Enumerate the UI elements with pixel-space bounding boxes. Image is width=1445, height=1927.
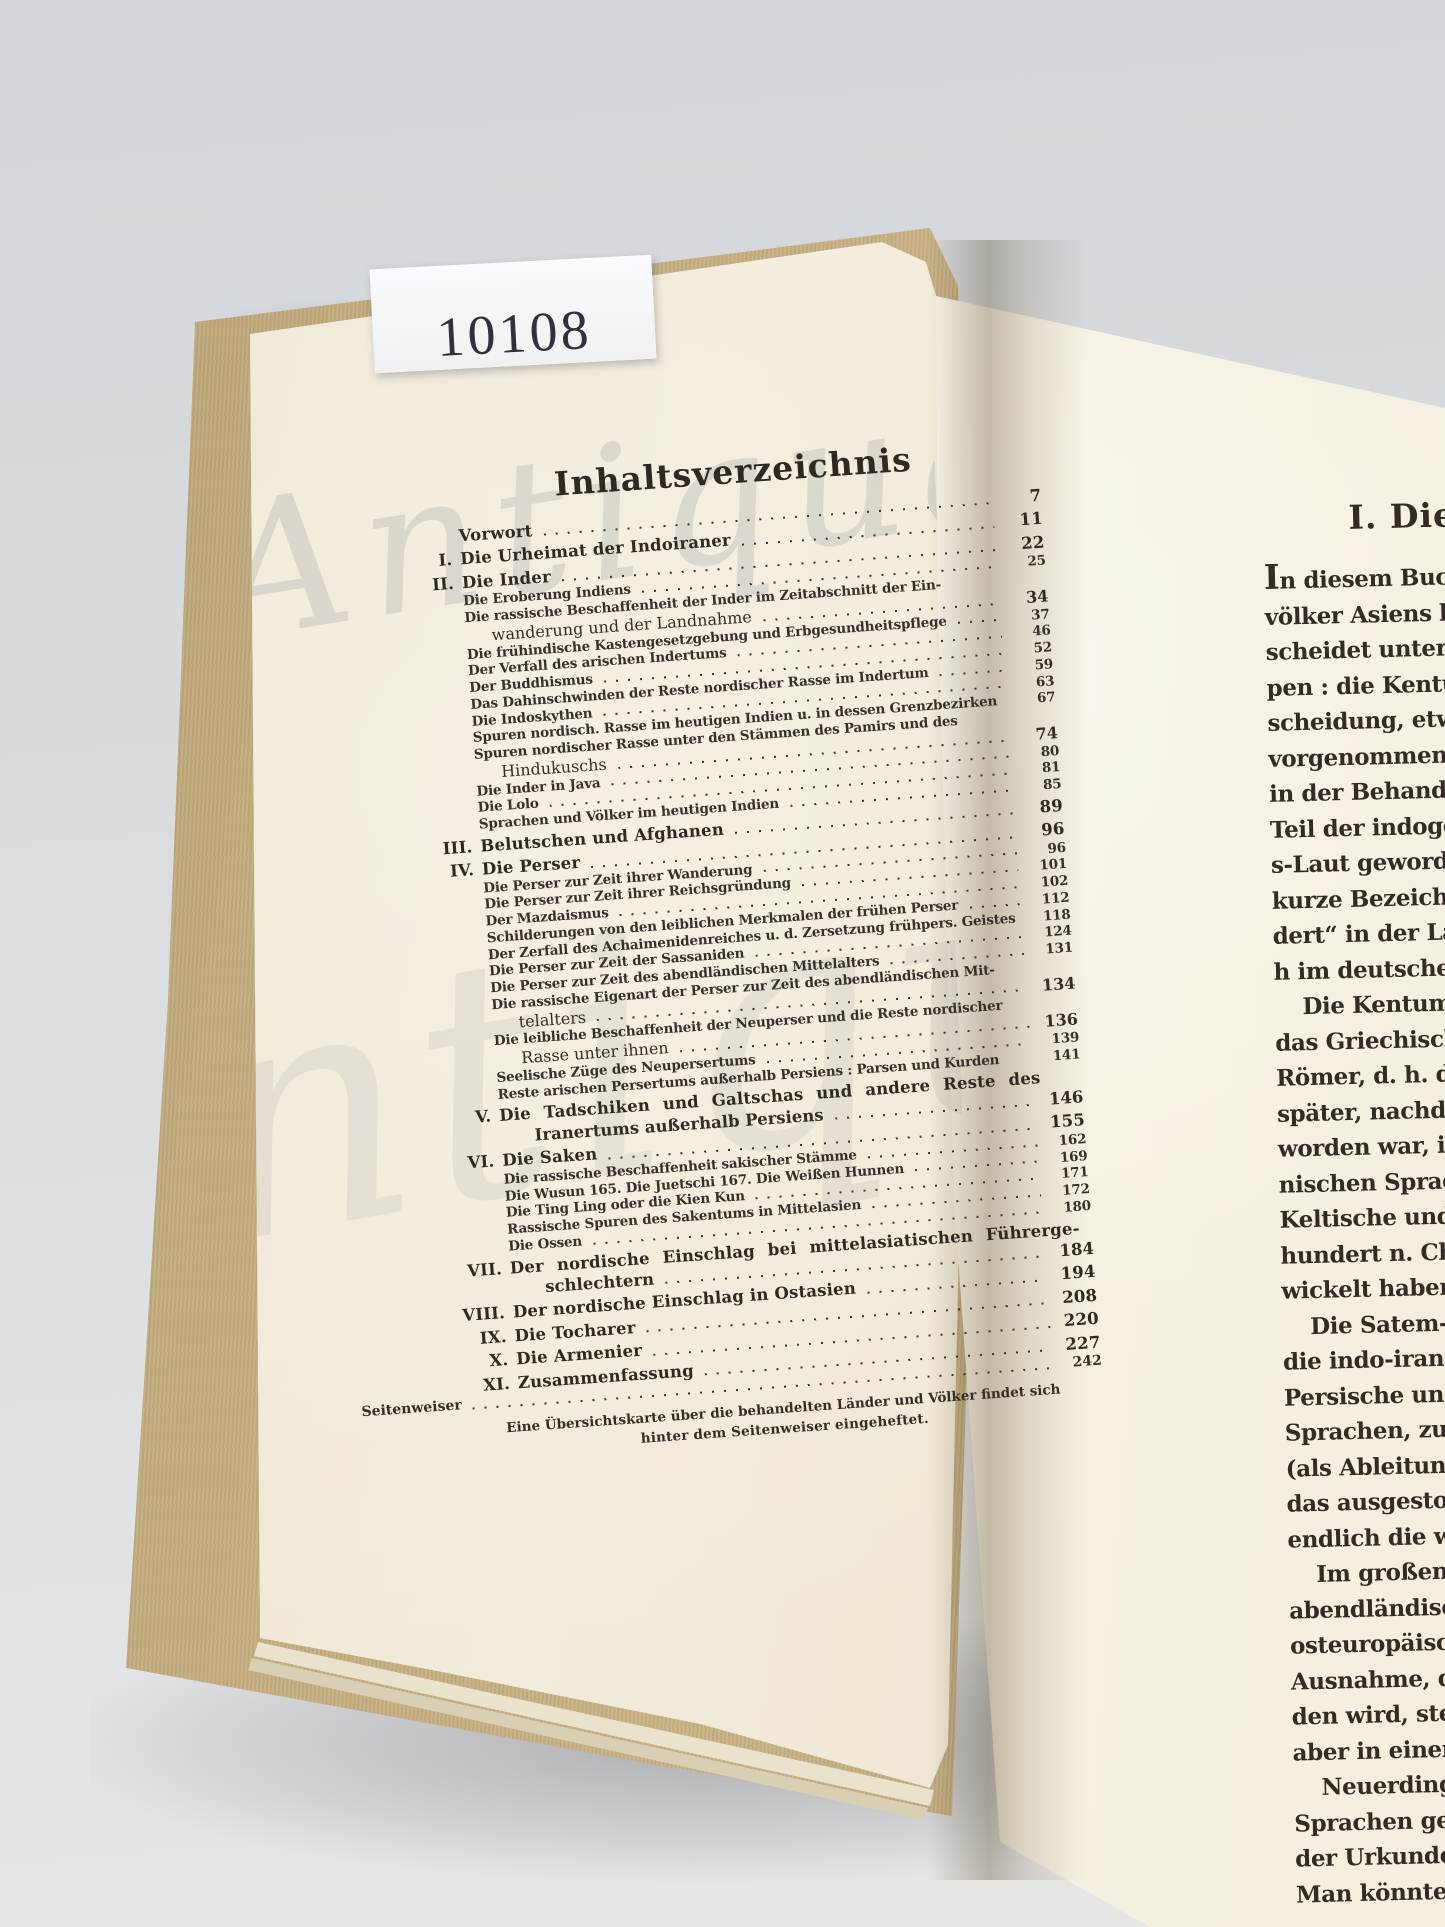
toc-page-number: 180 xyxy=(1050,1198,1091,1217)
toc-roman-numeral xyxy=(416,759,474,763)
toc-page-number: 184 xyxy=(1053,1239,1094,1262)
toc-page-number: 155 xyxy=(1044,1111,1085,1134)
toc-spacer xyxy=(1016,921,1031,922)
toc-dot-leader xyxy=(958,619,1001,624)
toc-page-number: 208 xyxy=(1057,1286,1098,1309)
toc-page-number: 141 xyxy=(1040,1046,1081,1065)
toc-spacer xyxy=(1080,1232,1093,1233)
toc-roman-numeral xyxy=(451,1250,509,1254)
toc-roman-numeral: VII. xyxy=(451,1258,510,1282)
toc-roman-numeral xyxy=(409,659,467,663)
toc-page-number: 11 xyxy=(1002,509,1043,532)
toc-page-number: 146 xyxy=(1043,1087,1084,1110)
toc-page-number: 85 xyxy=(1021,776,1062,795)
toc-roman-numeral: IV. xyxy=(423,860,482,884)
toc-roman-numeral xyxy=(450,1234,508,1238)
toc-roman-numeral xyxy=(446,1184,504,1188)
toc-page-number: 7 xyxy=(1001,486,1042,509)
toc-roman-numeral xyxy=(432,976,490,980)
toc-roman-numeral: III. xyxy=(422,836,481,860)
toc-roman-numeral xyxy=(439,1082,497,1086)
toc-page-number: 89 xyxy=(1022,796,1063,819)
toc-roman-numeral xyxy=(407,622,465,626)
toc-spacer xyxy=(1041,1081,1082,1084)
toc-page-number: 131 xyxy=(1032,940,1073,959)
toc-roman-numeral: IX. xyxy=(456,1326,515,1350)
toc-roman-numeral: V. xyxy=(441,1106,500,1130)
toc-page-number: 25 xyxy=(1005,553,1046,572)
toc-roman-numeral: X. xyxy=(458,1350,517,1374)
toc-roman-numeral xyxy=(413,709,471,713)
chapter-text-line: In diesem Buche xyxy=(1263,550,1445,600)
toc-roman-numeral: VIII. xyxy=(454,1303,513,1327)
toc-page-number: 220 xyxy=(1058,1309,1099,1332)
toc-roman-numeral xyxy=(435,1029,493,1033)
toc-roman-numeral: II. xyxy=(403,573,462,597)
toc-roman-numeral xyxy=(438,1065,496,1069)
chapter-text-lines: In diesem Buchevölker Asiens behscheidet… xyxy=(1263,550,1445,1913)
table-of-contents: Inhaltsverzeichnis Vorwort7I.Die Urheima… xyxy=(396,431,1105,1461)
toc-roman-numeral xyxy=(412,692,470,696)
toc-page-number: 22 xyxy=(1004,532,1045,555)
toc-roman-numeral: I. xyxy=(402,550,461,574)
toc-roman-numeral xyxy=(415,742,473,746)
toc-roman-numeral xyxy=(418,779,476,783)
toc-spacer xyxy=(997,704,1015,705)
toc-roman-numeral xyxy=(433,992,491,996)
photo-of-open-book: { "photo": { "inventory_label": "10108",… xyxy=(0,0,1445,1927)
toc-rows: Vorwort7I.Die Urheimat der Indoiraner11I… xyxy=(400,486,1102,1415)
toc-roman-numeral: VI. xyxy=(444,1151,503,1175)
toc-page-number: 67 xyxy=(1015,690,1056,709)
toc-page-number: 194 xyxy=(1055,1262,1096,1285)
toc-roman-numeral xyxy=(428,926,486,930)
toc-roman-numeral xyxy=(434,1009,492,1013)
toc-spacer xyxy=(999,1061,1040,1064)
toc-roman-numeral xyxy=(440,1099,498,1103)
toc-page-number: 227 xyxy=(1060,1332,1101,1355)
toc-roman-numeral xyxy=(448,1217,506,1221)
toc-roman-numeral xyxy=(443,1143,501,1147)
toc-page-number: 96 xyxy=(1024,819,1065,842)
toc-roman-numeral xyxy=(421,829,479,833)
toc-roman-numeral xyxy=(436,1046,494,1050)
toc-roman-numeral xyxy=(408,642,466,646)
toc-dot-leader xyxy=(969,903,1021,909)
toc-roman-numeral xyxy=(427,909,485,913)
toc-roman-numeral xyxy=(401,541,459,545)
inventory-number: 10108 xyxy=(435,302,593,366)
toc-roman-numeral xyxy=(420,812,478,816)
toc-roman-numeral xyxy=(447,1200,505,1204)
toc-roman-numeral xyxy=(411,675,469,679)
inventory-slip: 10108 xyxy=(369,255,656,374)
toc-entry-label: Vorwort xyxy=(458,521,533,547)
toc-roman-numeral xyxy=(454,1294,512,1298)
toc-dot-leader xyxy=(940,669,1005,676)
toc-roman-numeral xyxy=(426,892,484,896)
toc-roman-numeral xyxy=(414,726,472,730)
toc-page-number: 134 xyxy=(1035,973,1076,996)
toc-roman-numeral xyxy=(419,795,477,799)
toc-page-number: 242 xyxy=(1061,1353,1102,1373)
toc-roman-numeral xyxy=(406,606,464,610)
toc-roman-numeral: XI. xyxy=(459,1373,518,1397)
toc-roman-numeral xyxy=(430,959,488,963)
toc-spacer xyxy=(1003,1005,1077,1010)
toc-roman-numeral xyxy=(429,942,487,946)
